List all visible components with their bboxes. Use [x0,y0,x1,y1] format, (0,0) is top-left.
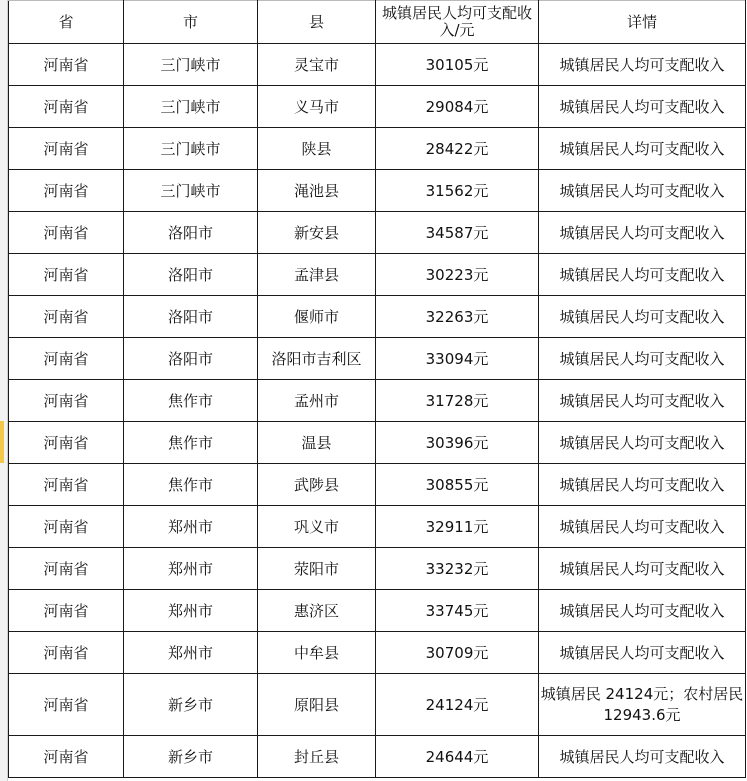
cell-county[interactable]: 新安县 [258,212,376,254]
table-row: 河南省三门峡市灵宝市30105元城镇居民人均可支配收入 [9,44,746,86]
cell-income[interactable]: 31728元 [376,380,539,422]
cell-income[interactable]: 30105元 [376,44,539,86]
cell-details[interactable]: 城镇居民人均可支配收入 [539,736,746,778]
cell-province[interactable]: 河南省 [9,464,124,506]
cell-county[interactable]: 原阳县 [258,674,376,736]
cell-county[interactable]: 洛阳市吉利区 [258,338,376,380]
cell-county[interactable]: 中牟县 [258,632,376,674]
cell-province[interactable]: 河南省 [9,380,124,422]
cell-city[interactable]: 洛阳市 [124,296,258,338]
cell-province[interactable]: 河南省 [9,254,124,296]
cell-province[interactable]: 河南省 [9,296,124,338]
cell-income[interactable]: 31562元 [376,170,539,212]
cell-county[interactable]: 惠济区 [258,590,376,632]
cell-province[interactable]: 河南省 [9,736,124,778]
cell-details[interactable]: 城镇居民人均可支配收入 [539,86,746,128]
table-row: 河南省郑州市中牟县30709元城镇居民人均可支配收入 [9,632,746,674]
cell-province[interactable]: 河南省 [9,338,124,380]
cell-income[interactable]: 28422元 [376,128,539,170]
cell-details[interactable]: 城镇居民人均可支配收入 [539,296,746,338]
cell-details[interactable]: 城镇居民人均可支配收入 [539,632,746,674]
cell-province[interactable]: 河南省 [9,590,124,632]
cell-income[interactable]: 30709元 [376,632,539,674]
cell-county[interactable]: 偃师市 [258,296,376,338]
table-row: 河南省焦作市孟州市31728元城镇居民人均可支配收入 [9,380,746,422]
cell-income[interactable]: 33094元 [376,338,539,380]
cell-county[interactable]: 陕县 [258,128,376,170]
cell-city[interactable]: 郑州市 [124,506,258,548]
cell-county[interactable]: 孟津县 [258,254,376,296]
cell-city[interactable]: 郑州市 [124,590,258,632]
table-row: 河南省三门峡市渑池县31562元城镇居民人均可支配收入 [9,170,746,212]
cell-details[interactable]: 城镇居民人均可支配收入 [539,44,746,86]
cell-city[interactable]: 郑州市 [124,548,258,590]
cell-income[interactable]: 30396元 [376,422,539,464]
row-header-strip [0,0,8,781]
income-table: 省 市 县 城镇居民人均可支配收入/元 详情 河南省三门峡市灵宝市30105元城… [8,0,746,778]
cell-province[interactable]: 河南省 [9,44,124,86]
cell-details[interactable]: 城镇居民人均可支配收入 [539,212,746,254]
cell-income[interactable]: 30223元 [376,254,539,296]
table-row: 河南省郑州市荥阳市33232元城镇居民人均可支配收入 [9,548,746,590]
cell-county[interactable]: 温县 [258,422,376,464]
cell-province[interactable]: 河南省 [9,128,124,170]
table-row: 河南省新乡市封丘县24644元城镇居民人均可支配收入 [9,736,746,778]
cell-county[interactable]: 封丘县 [258,736,376,778]
cell-income[interactable]: 33232元 [376,548,539,590]
table-row: 河南省洛阳市孟津县30223元城镇居民人均可支配收入 [9,254,746,296]
cell-income[interactable]: 34587元 [376,212,539,254]
cell-province[interactable]: 河南省 [9,506,124,548]
cell-details[interactable]: 城镇居民人均可支配收入 [539,380,746,422]
cell-city[interactable]: 三门峡市 [124,170,258,212]
table-row: 河南省郑州市惠济区33745元城镇居民人均可支配收入 [9,590,746,632]
header-details[interactable]: 详情 [539,1,746,44]
cell-province[interactable]: 河南省 [9,548,124,590]
cell-county[interactable]: 巩义市 [258,506,376,548]
cell-income[interactable]: 32911元 [376,506,539,548]
cell-details[interactable]: 城镇居民人均可支配收入 [539,590,746,632]
cell-city[interactable]: 焦作市 [124,464,258,506]
table-row: 河南省焦作市武陟县30855元城镇居民人均可支配收入 [9,464,746,506]
cell-city[interactable]: 焦作市 [124,380,258,422]
cell-details[interactable]: 城镇居民人均可支配收入 [539,128,746,170]
cell-province[interactable]: 河南省 [9,674,124,736]
cell-county[interactable]: 渑池县 [258,170,376,212]
cell-province[interactable]: 河南省 [9,422,124,464]
header-city[interactable]: 市 [124,1,258,44]
cell-city[interactable]: 洛阳市 [124,338,258,380]
cell-county[interactable]: 灵宝市 [258,44,376,86]
header-row: 省 市 县 城镇居民人均可支配收入/元 详情 [9,1,746,44]
cell-income[interactable]: 24644元 [376,736,539,778]
cell-county[interactable]: 荥阳市 [258,548,376,590]
cell-income[interactable]: 30855元 [376,464,539,506]
header-county[interactable]: 县 [258,1,376,44]
table-row: 河南省焦作市温县30396元城镇居民人均可支配收入 [9,422,746,464]
cell-city[interactable]: 郑州市 [124,632,258,674]
table-row: 河南省洛阳市洛阳市吉利区33094元城镇居民人均可支配收入 [9,338,746,380]
cell-income[interactable]: 24124元 [376,674,539,736]
cell-city[interactable]: 新乡市 [124,736,258,778]
cell-city[interactable]: 三门峡市 [124,128,258,170]
table-row: 河南省郑州市巩义市32911元城镇居民人均可支配收入 [9,506,746,548]
cell-details[interactable]: 城镇居民 24124元；农村居民 12943.6元 [539,674,746,736]
cell-county[interactable]: 孟州市 [258,380,376,422]
table-row: 河南省三门峡市陕县28422元城镇居民人均可支配收入 [9,128,746,170]
header-province[interactable]: 省 [9,1,124,44]
table-row: 河南省洛阳市偃师市32263元城镇居民人均可支配收入 [9,296,746,338]
cell-city[interactable]: 洛阳市 [124,212,258,254]
cell-province[interactable]: 河南省 [9,632,124,674]
cell-details[interactable]: 城镇居民人均可支配收入 [539,548,746,590]
cell-city[interactable]: 焦作市 [124,422,258,464]
cell-city[interactable]: 新乡市 [124,674,258,736]
cell-city[interactable]: 洛阳市 [124,254,258,296]
cell-city[interactable]: 三门峡市 [124,44,258,86]
cell-details[interactable]: 城镇居民人均可支配收入 [539,170,746,212]
cell-details[interactable]: 城镇居民人均可支配收入 [539,254,746,296]
cell-province[interactable]: 河南省 [9,212,124,254]
cell-province[interactable]: 河南省 [9,170,124,212]
cell-details[interactable]: 城镇居民人均可支配收入 [539,464,746,506]
table-row: 河南省洛阳市新安县34587元城镇居民人均可支配收入 [9,212,746,254]
cell-province[interactable]: 河南省 [9,86,124,128]
header-income[interactable]: 城镇居民人均可支配收入/元 [376,1,539,44]
cell-details[interactable]: 城镇居民人均可支配收入 [539,338,746,380]
cell-income[interactable]: 32263元 [376,296,539,338]
cell-city[interactable]: 三门峡市 [124,86,258,128]
cell-details[interactable]: 城镇居民人均可支配收入 [539,506,746,548]
cell-county[interactable]: 武陟县 [258,464,376,506]
table-row: 河南省三门峡市义马市29084元城镇居民人均可支配收入 [9,86,746,128]
cell-details[interactable]: 城镇居民人均可支配收入 [539,422,746,464]
table-row: 河南省新乡市原阳县24124元城镇居民 24124元；农村居民 12943.6元 [9,674,746,736]
selected-row-indicator [0,421,4,463]
cell-income[interactable]: 29084元 [376,86,539,128]
cell-income[interactable]: 33745元 [376,590,539,632]
cell-county[interactable]: 义马市 [258,86,376,128]
